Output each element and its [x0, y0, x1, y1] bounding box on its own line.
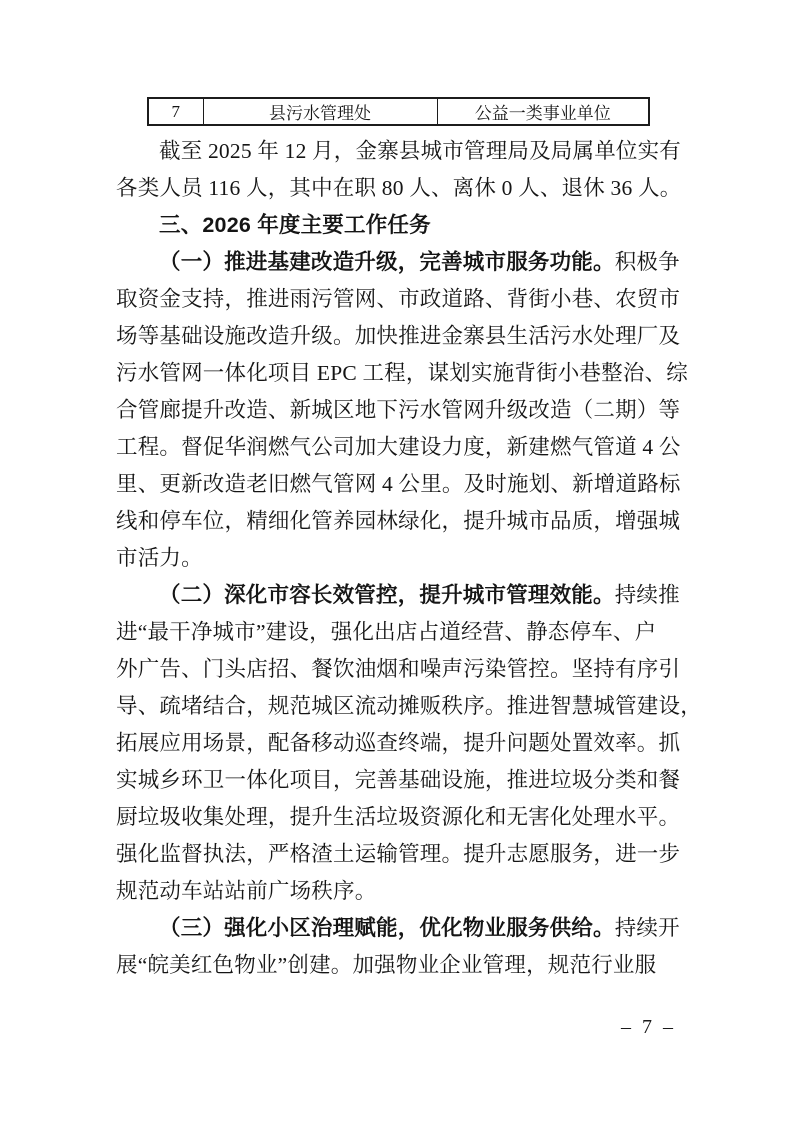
- text-line: （二）深化市容长效管控，提升城市管理效能。持续推: [116, 577, 682, 614]
- paragraph-lead: （二）深化市容长效管控，提升城市管理效能。: [159, 583, 615, 607]
- text-line: 厨垃圾收集处理，提升生活垃圾资源化和无害化处理水平。: [116, 799, 682, 836]
- table-cell-row-number: 7: [148, 98, 203, 125]
- line-text: 强化监督执法，严格渣土运输管理。提升志愿服务，进一步: [116, 842, 680, 866]
- document-page: 7 县污水管理处 公益一类事业单位 截至 2025 年 12 月，金寨县城市管理…: [0, 0, 793, 1122]
- line-text: 里、更新改造老旧燃气管网 4 公里。及时施划、新增道路标: [116, 472, 681, 496]
- line-text: 进“最干净城市”建设，强化出店占道经营、静态停车、户: [116, 620, 656, 644]
- text-line: （三）强化小区治理赋能，优化物业服务供给。持续开: [116, 910, 682, 947]
- text-line: 市活力。: [116, 540, 682, 577]
- text-line: 强化监督执法，严格渣土运输管理。提升志愿服务，进一步: [116, 836, 682, 873]
- page-number: – 7 –: [621, 1016, 676, 1039]
- line-text: 各类人员 116 人，其中在职 80 人、离休 0 人、退休 36 人。: [116, 176, 681, 200]
- line-text: 拓展应用场景，配备移动巡查终端，提升问题处置效率。抓: [116, 731, 680, 755]
- text-line: 工程。督促华润燃气公司加大建设力度，新建燃气管道 4 公: [116, 429, 682, 466]
- text-line: 场等基础设施改造升级。加快推进金寨县生活污水处理厂及: [116, 318, 682, 355]
- line-text: 污水管网一体化项目 EPC 工程，谋划实施背街小巷整治、综: [116, 361, 688, 385]
- paragraph-lead: （一）推进基建改造升级，完善城市服务功能。: [159, 250, 615, 274]
- line-text: 场等基础设施改造升级。加快推进金寨县生活污水处理厂及: [116, 324, 680, 348]
- text-line: 规范动车站站前广场秩序。: [116, 873, 682, 910]
- paragraph-lead: （三）强化小区治理赋能，优化物业服务供给。: [159, 916, 615, 940]
- text-line: 各类人员 116 人，其中在职 80 人、离休 0 人、退休 36 人。: [116, 170, 682, 207]
- line-text: 实城乡环卫一体化项目，完善基础设施，推进垃圾分类和餐: [116, 768, 680, 792]
- document-body: 截至 2025 年 12 月，金寨县城市管理局及局属单位实有各类人员 116 人…: [116, 133, 682, 984]
- line-text: 线和停车位，精细化管养园林绿化，提升城市品质，增强城: [116, 509, 680, 533]
- text-line: 合管廊提升改造、新城区地下污水管网升级改造（二期）等: [116, 392, 682, 429]
- table-cell-unit-category: 公益一类事业单位: [437, 98, 649, 125]
- line-text: 积极争: [615, 250, 680, 274]
- line-text: 导、疏堵结合，规范城区流动摊贩秩序。推进智慧城管建设，: [116, 694, 702, 718]
- text-line: 里、更新改造老旧燃气管网 4 公里。及时施划、新增道路标: [116, 466, 682, 503]
- text-line: 拓展应用场景，配备移动巡查终端，提升问题处置效率。抓: [116, 725, 682, 762]
- line-text: 市活力。: [116, 546, 203, 570]
- text-line: 取资金支持，推进雨污管网、市政道路、背街小巷、农贸市: [116, 281, 682, 318]
- section-heading-text: 三、2026 年度主要工作任务: [159, 213, 431, 237]
- text-line: （一）推进基建改造升级，完善城市服务功能。积极争: [116, 244, 682, 281]
- text-line: 展“皖美红色物业”创建。加强物业企业管理，规范行业服: [116, 947, 682, 984]
- text-line: 截至 2025 年 12 月，金寨县城市管理局及局属单位实有: [116, 133, 682, 170]
- table-row: 7 县污水管理处 公益一类事业单位: [148, 98, 649, 125]
- line-text: 截至 2025 年 12 月，金寨县城市管理局及局属单位实有: [159, 139, 681, 163]
- text-line: 实城乡环卫一体化项目，完善基础设施，推进垃圾分类和餐: [116, 762, 682, 799]
- line-text: 合管廊提升改造、新城区地下污水管网升级改造（二期）等: [116, 398, 680, 422]
- line-text: 展“皖美红色物业”创建。加强物业企业管理，规范行业服: [116, 953, 656, 977]
- line-text: 规范动车站站前广场秩序。: [116, 879, 376, 903]
- table-cell-unit-name: 县污水管理处: [203, 98, 437, 125]
- line-text: 厨垃圾收集处理，提升生活垃圾资源化和无害化处理水平。: [116, 805, 680, 829]
- line-text: 取资金支持，推进雨污管网、市政道路、背街小巷、农贸市: [116, 287, 680, 311]
- line-text: 持续开: [615, 916, 680, 940]
- unit-table: 7 县污水管理处 公益一类事业单位: [147, 97, 650, 126]
- text-line: 污水管网一体化项目 EPC 工程，谋划实施背街小巷整治、综: [116, 355, 682, 392]
- section-heading: 三、2026 年度主要工作任务: [116, 207, 682, 244]
- line-text: 工程。督促华润燃气公司加大建设力度，新建燃气管道 4 公: [116, 435, 681, 459]
- text-line: 线和停车位，精细化管养园林绿化，提升城市品质，增强城: [116, 503, 682, 540]
- text-line: 外广告、门头店招、餐饮油烟和噪声污染管控。坚持有序引: [116, 651, 682, 688]
- text-line: 导、疏堵结合，规范城区流动摊贩秩序。推进智慧城管建设，: [116, 688, 682, 725]
- text-line: 进“最干净城市”建设，强化出店占道经营、静态停车、户: [116, 614, 682, 651]
- line-text: 外广告、门头店招、餐饮油烟和噪声污染管控。坚持有序引: [116, 657, 680, 681]
- line-text: 持续推: [615, 583, 680, 607]
